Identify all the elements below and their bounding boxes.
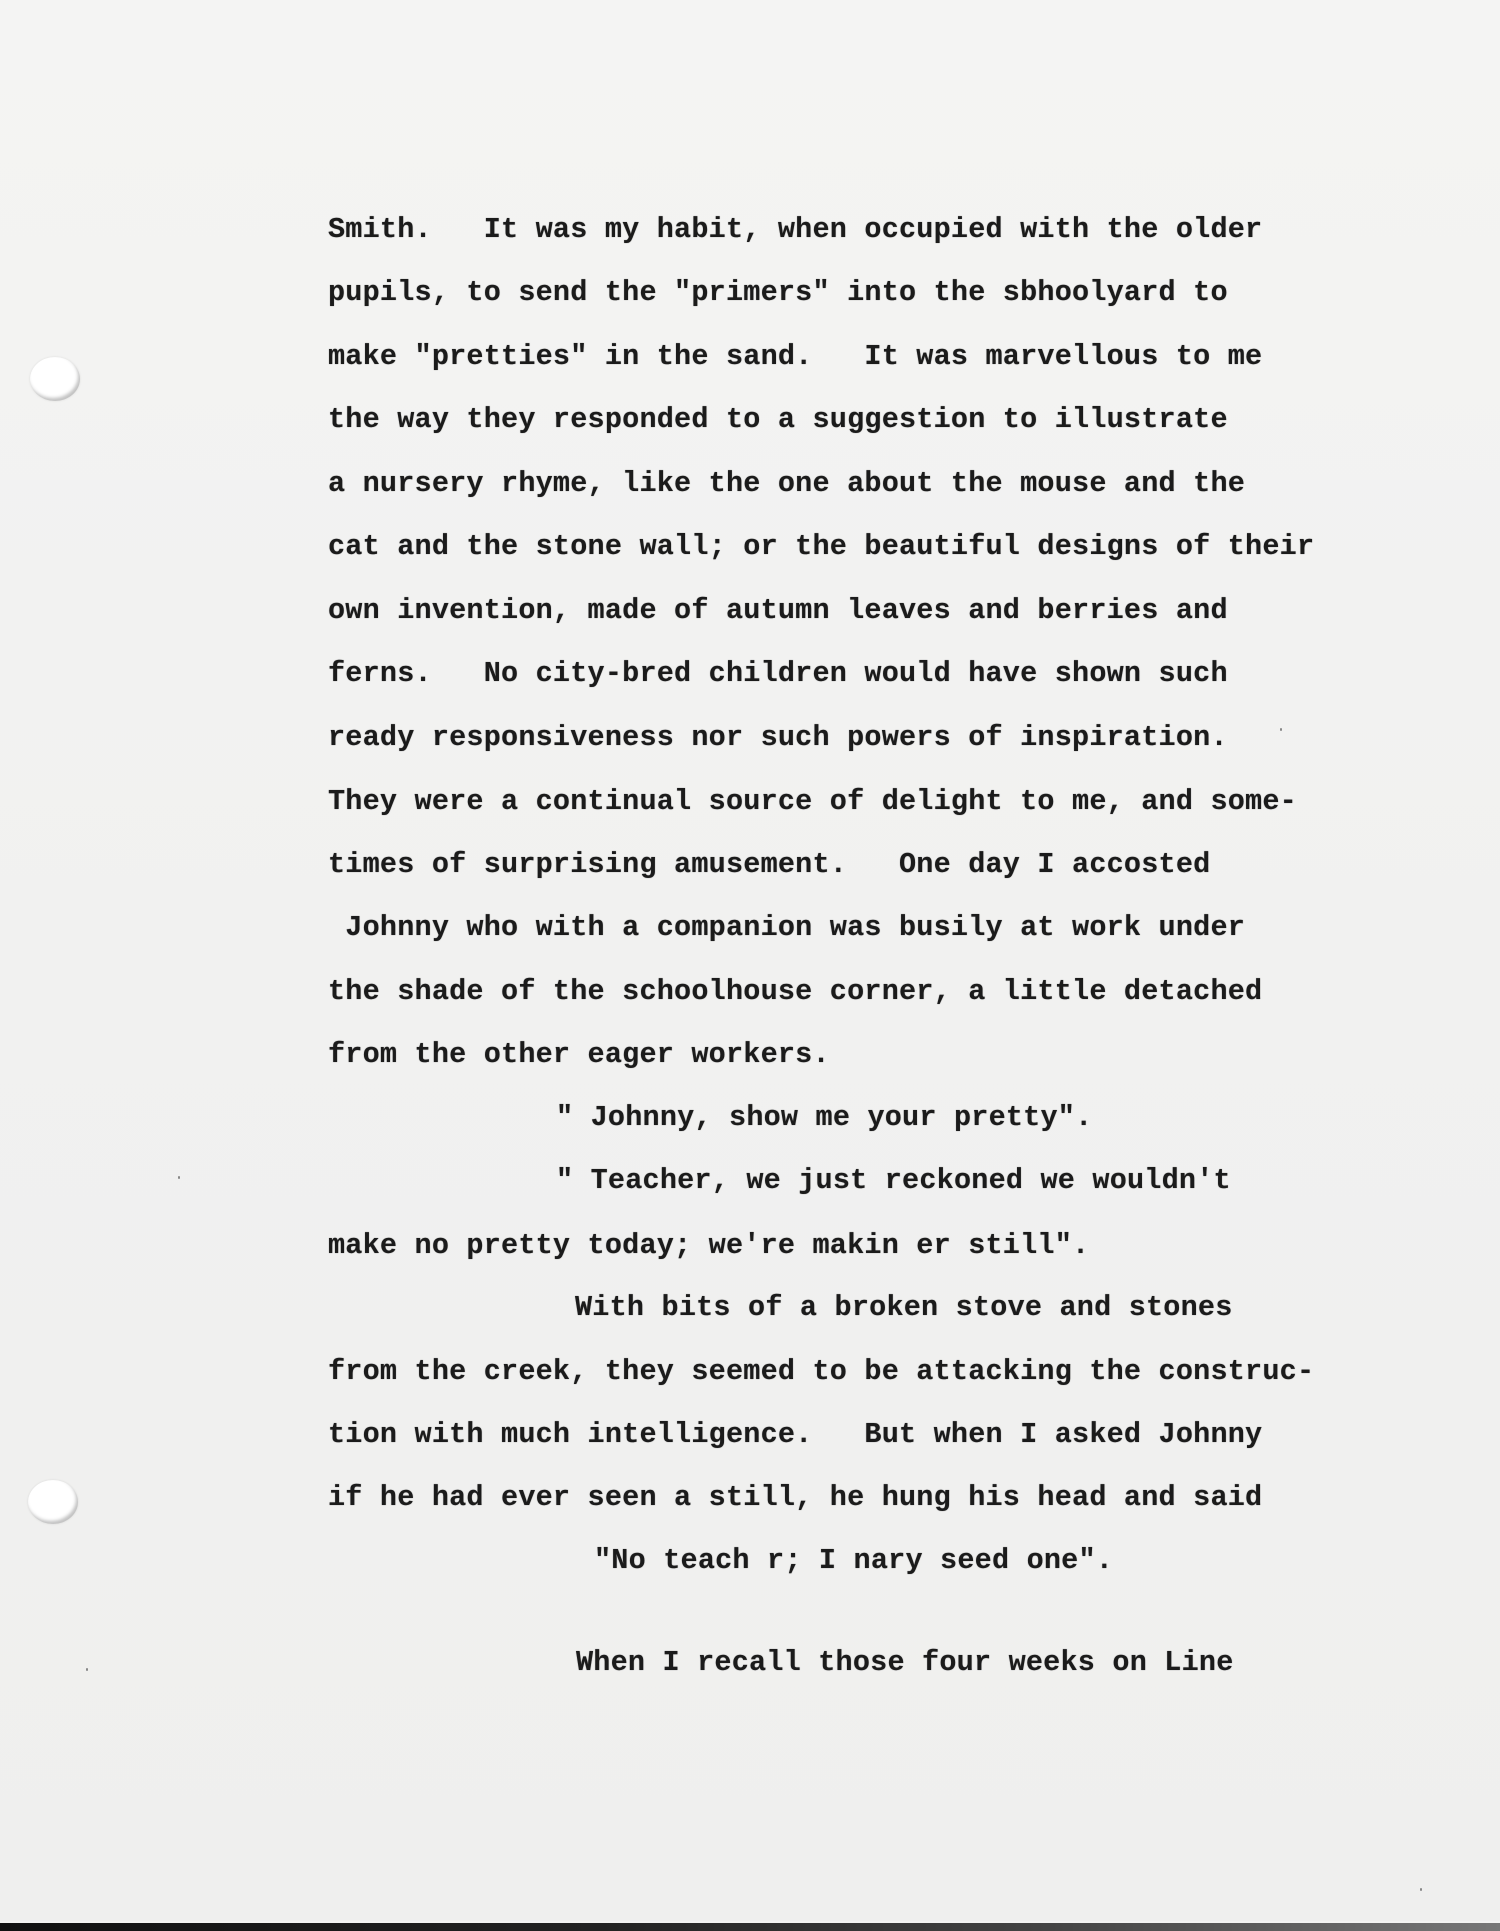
text-line: the shade of the schoolhouse corner, a l… (328, 978, 1262, 1007)
text-line: ready responsiveness nor such powers of … (328, 724, 1228, 753)
text-line: "No teach r; I nary seed one". (594, 1547, 1113, 1576)
document-page: Smith. It was my habit, when occupied wi… (0, 0, 1500, 1921)
paper-speck (1280, 728, 1282, 731)
text-line: They were a continual source of delight … (328, 788, 1297, 817)
text-line: times of surprising amusement. One day I… (328, 851, 1210, 880)
page-bottom-edge (0, 1923, 1500, 1931)
text-line: a nursery rhyme, like the one about the … (328, 470, 1245, 499)
text-line: make no pretty today; we're makin er sti… (328, 1232, 1089, 1261)
paper-speck (178, 1176, 180, 1179)
text-line: When I recall those four weeks on Line (576, 1649, 1234, 1678)
text-line: Johnny who with a companion was busily a… (328, 914, 1245, 943)
paper-speck (1420, 1888, 1422, 1891)
punch-hole-bottom (28, 1480, 78, 1524)
text-line: make "pretties" in the sand. It was marv… (328, 343, 1262, 372)
text-line: ferns. No city-bred children would have … (328, 660, 1228, 689)
text-line: if he had ever seen a still, he hung his… (328, 1484, 1262, 1513)
text-line: cat and the stone wall; or the beautiful… (328, 533, 1314, 562)
text-line: Smith. It was my habit, when occupied wi… (328, 216, 1262, 245)
paper-speck (86, 1668, 88, 1671)
text-line: " Teacher, we just reckoned we wouldn't (556, 1167, 1231, 1196)
text-line: the way they responded to a suggestion t… (328, 406, 1228, 435)
text-line: from the other eager workers. (328, 1041, 830, 1070)
text-line: " Johnny, show me your pretty". (556, 1104, 1092, 1133)
text-line: pupils, to send the "primers" into the s… (328, 279, 1228, 308)
punch-hole-top (30, 357, 80, 401)
text-line: tion with much intelligence. But when I … (328, 1421, 1262, 1450)
text-line: own invention, made of autumn leaves and… (328, 597, 1228, 626)
text-line: With bits of a broken stove and stones (575, 1294, 1233, 1323)
text-line: from the creek, they seemed to be attack… (328, 1358, 1314, 1387)
